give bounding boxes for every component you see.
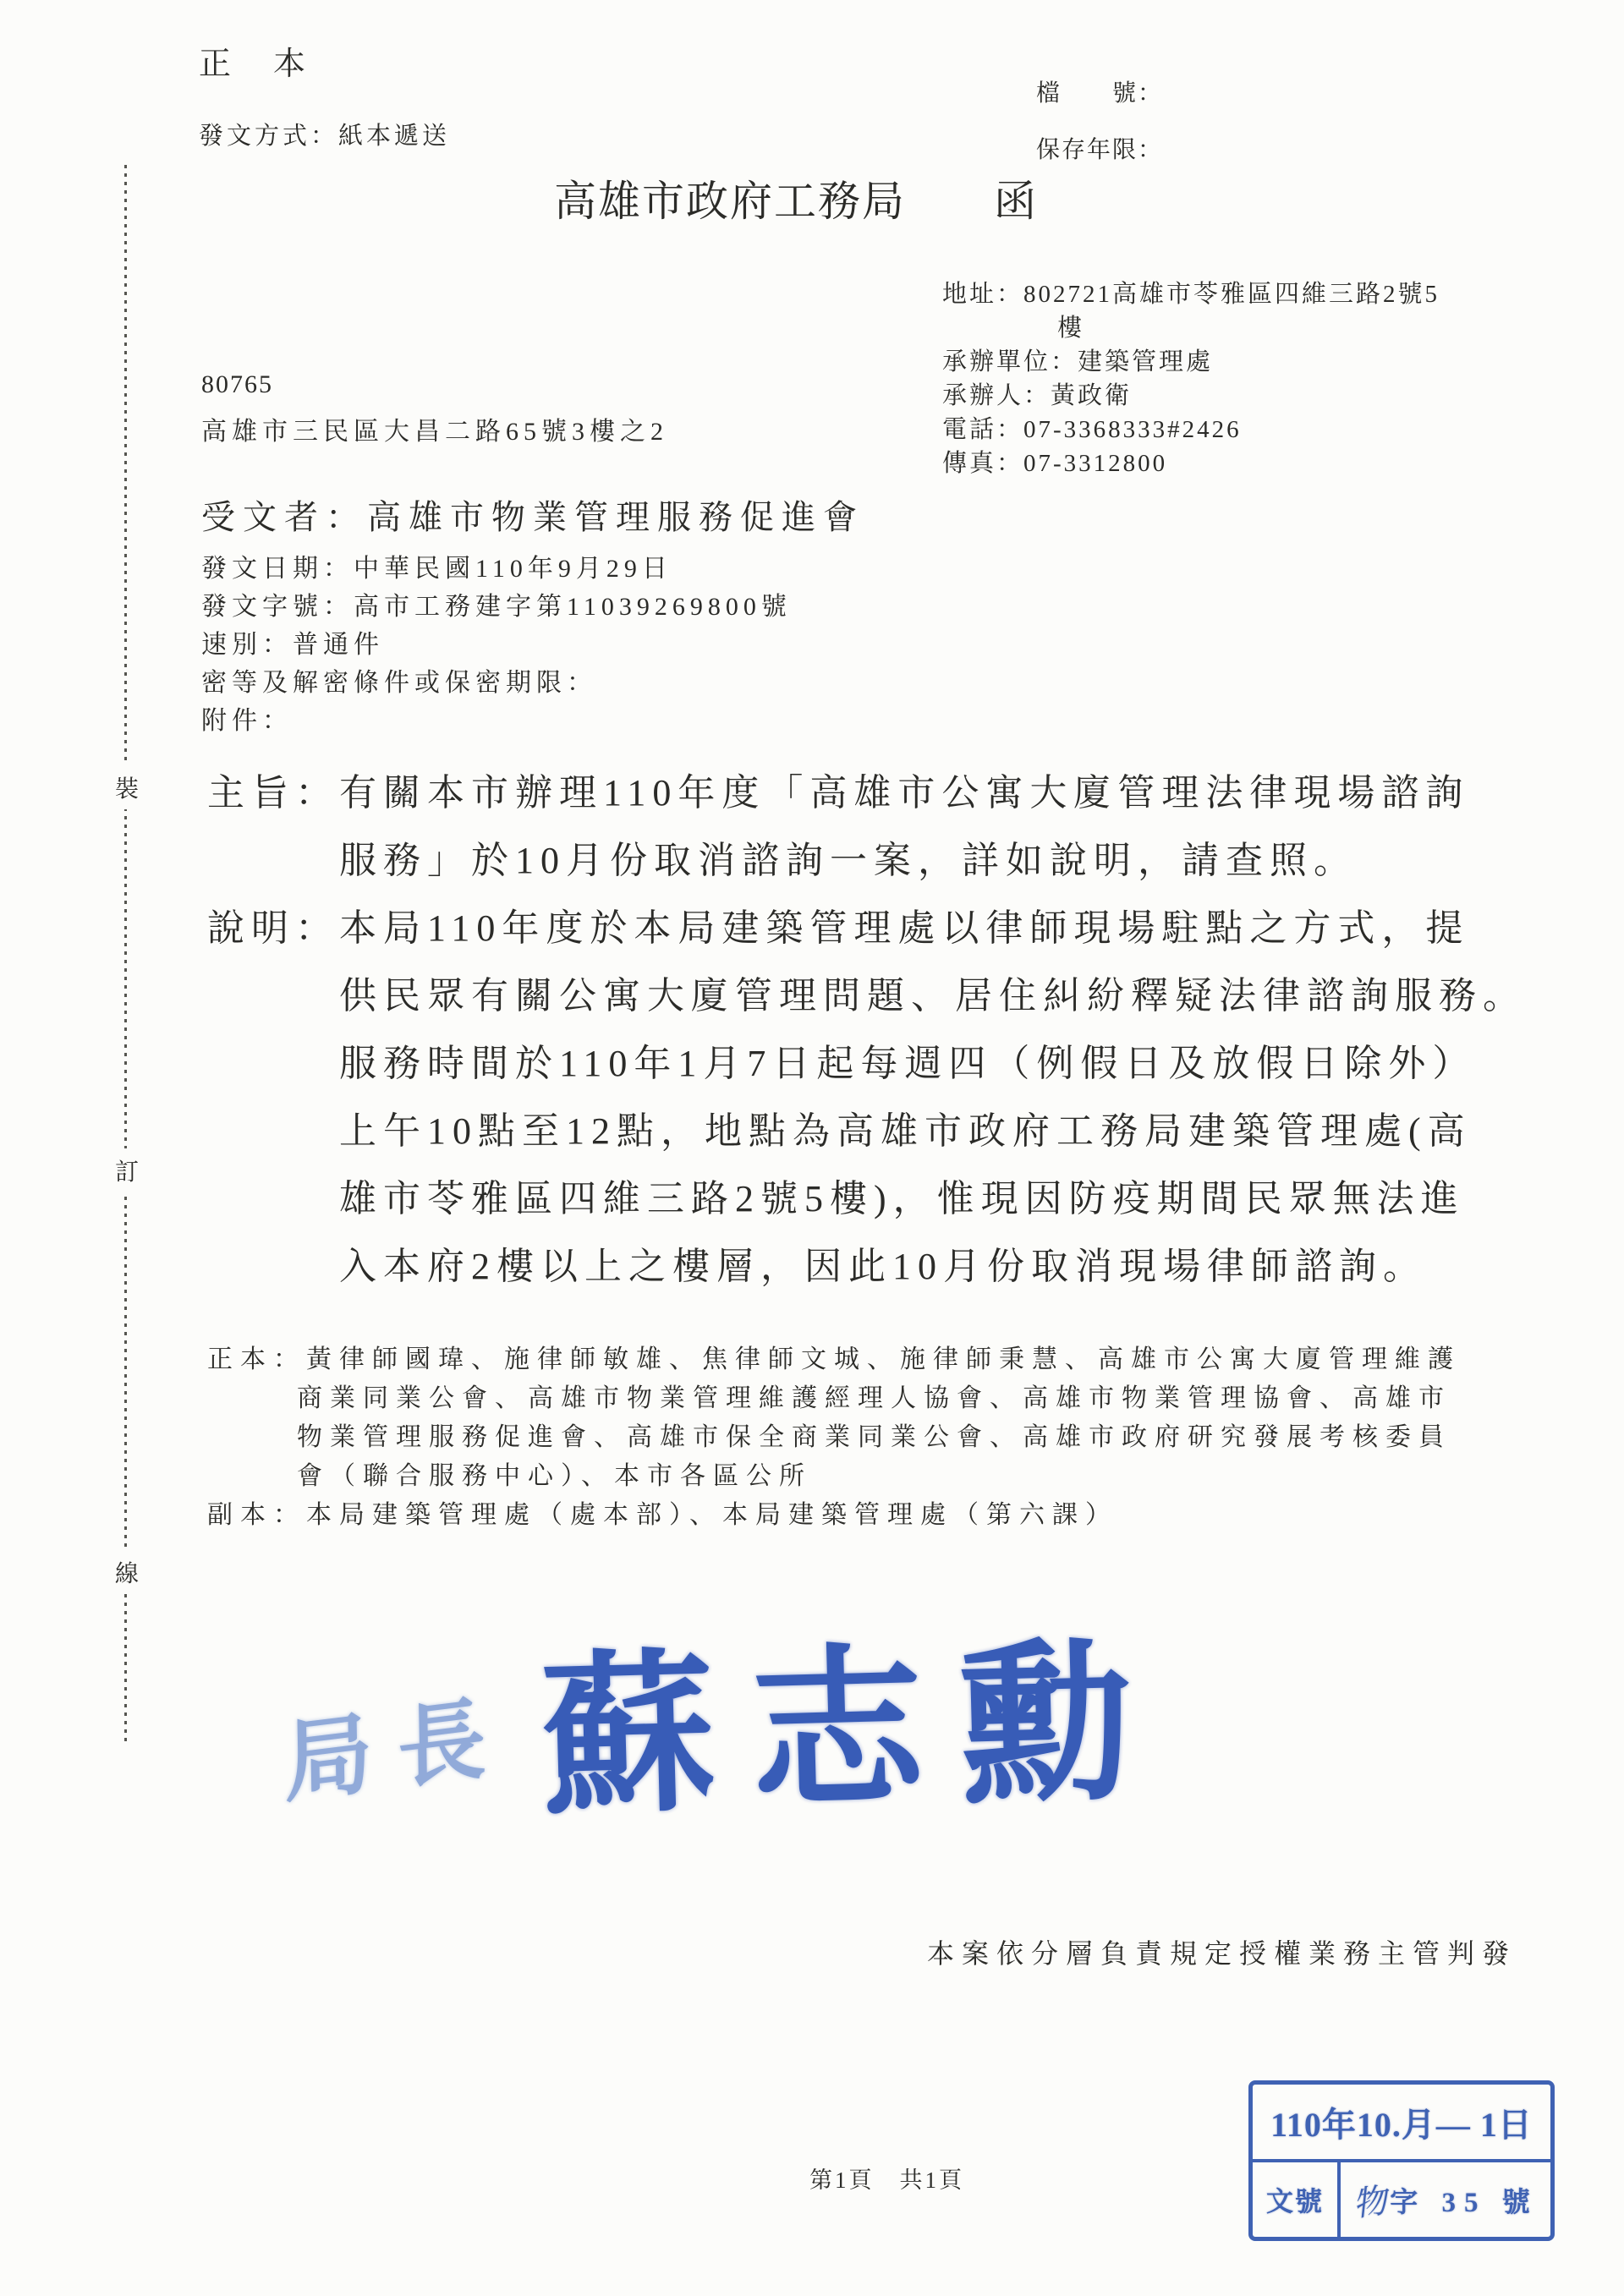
sender-unit: 承辦單位：建築管理處 bbox=[942, 345, 1440, 379]
attachment-label: 附件： bbox=[201, 702, 792, 740]
subject-label: 主旨： bbox=[207, 759, 339, 827]
copy-label: 副本： bbox=[207, 1501, 306, 1529]
original-recipients-line: 物業管理服務促進會、高雄市保全商業同業公會、高雄市政府研究發展考核委員 bbox=[297, 1418, 1461, 1457]
binding-mark-xian: 線 bbox=[113, 1550, 140, 1594]
recipient-zip: 80765 bbox=[201, 370, 273, 399]
binding-mark-zhuang: 裝 bbox=[113, 765, 140, 809]
subject-line: 服務」於10月份取消諮詢一案，詳如說明，請查照。 bbox=[339, 827, 1469, 895]
recipient-line: 受文者：高雄市物業管理服務促進會 bbox=[201, 490, 864, 539]
director-name-signature: 蘇志勳 bbox=[538, 1581, 1171, 1847]
copy-type-label: 正 本 bbox=[199, 37, 310, 84]
explanation-line: 本局110年度於本局建築管理處以律師現場駐點之方式，提 bbox=[339, 895, 1527, 962]
explanation-line: 入本府2樓以上之樓層，因此10月份取消現場律師諮詢。 bbox=[339, 1233, 1527, 1301]
document-title: 高雄市政府工務局 函 bbox=[554, 167, 1038, 228]
official-letter-scan: 裝 訂 線 正 本 發文方式：紙本遞送 檔 號： 保存年限： 高雄市政府工務局 … bbox=[0, 0, 1624, 2296]
explanation-line: 服務時間於110年1月7日起每週四（例假日及放假日除外） bbox=[339, 1030, 1527, 1098]
sender-contact-person: 承辦人：黃政衛 bbox=[942, 379, 1440, 413]
sender-address-line2: 樓 bbox=[942, 311, 1440, 345]
sender-phone: 電話：07-3368333#2426 bbox=[942, 413, 1440, 447]
sender-fax: 傳真：07-3312800 bbox=[942, 447, 1440, 480]
original-label: 正本： bbox=[207, 1345, 306, 1373]
distribution-section: 正本：黃律師國瑋、施律師敏雄、焦律師文城、施律師秉慧、高雄市公寓大廈管理維護 商… bbox=[207, 1340, 1461, 1535]
stamp-doc-no-handwritten: 物 bbox=[1349, 2173, 1390, 2226]
binding-mark-ding: 訂 bbox=[113, 1148, 140, 1192]
copy-recipients-line: 副本：本局建築管理處（處本部）、本局建築管理處（第六課） bbox=[207, 1496, 1461, 1535]
original-recipients-line: 會（聯合服務中心）、本市各區公所 bbox=[297, 1457, 1461, 1496]
stamp-doc-no-value: 物 字 35 號 bbox=[1341, 2162, 1550, 2237]
received-date-stamp: 110年10.月— 1日 文號 物 字 35 號 bbox=[1248, 2080, 1555, 2241]
document-number: 發文字號：高市工務建字第11039269800號 bbox=[201, 588, 792, 626]
subject-section: 主旨： 有關本市辦理110年度「高雄市公寓大廈管理法律現場諮詢 服務」於10月份… bbox=[207, 759, 1469, 895]
sender-info-block: 地址：802721高雄市苓雅區四維三路2號5 樓 承辦單位：建築管理處 承辦人：… bbox=[942, 277, 1440, 480]
page-indicator: 第1頁 共1頁 bbox=[809, 2162, 964, 2195]
delivery-method: 發文方式：紙本遞送 bbox=[199, 117, 450, 151]
original-recipients-line: 正本：黃律師國瑋、施律師敏雄、焦律師文城、施律師秉慧、高雄市公寓大廈管理維護 bbox=[207, 1340, 1461, 1379]
stamp-date: 110年10.月— 1日 bbox=[1253, 2085, 1550, 2159]
explanation-label: 說明： bbox=[207, 895, 339, 962]
director-title-signature: 局長 bbox=[283, 1664, 513, 1821]
explanation-section: 說明： 本局110年度於本局建築管理處以律師現場駐點之方式，提 供民眾有關公寓大… bbox=[207, 895, 1527, 1301]
stamp-doc-no-label: 文號 bbox=[1253, 2162, 1341, 2237]
security-class: 密等及解密條件或保密期限： bbox=[201, 664, 792, 702]
file-number-label: 檔 號： bbox=[1036, 74, 1163, 108]
original-recipients-line: 商業同業公會、高雄市物業管理維護經理人協會、高雄市物業管理協會、高雄市 bbox=[297, 1379, 1461, 1418]
binding-dotted-line bbox=[124, 165, 127, 1746]
explanation-line: 雄市苓雅區四維三路2號5樓)，惟現因防疫期間民眾無法進 bbox=[339, 1165, 1527, 1233]
recipient-address: 高雄市三民區大昌二路65號3樓之2 bbox=[201, 410, 668, 447]
issue-date: 發文日期：中華民國110年9月29日 bbox=[201, 550, 792, 588]
explanation-line: 上午10點至12點，地點為高雄市政府工務局建築管理處(高 bbox=[339, 1098, 1527, 1165]
sender-address-line1: 地址：802721高雄市苓雅區四維三路2號5 bbox=[942, 277, 1440, 311]
document-meta-block: 發文日期：中華民國110年9月29日 發文字號：高市工務建字第110392698… bbox=[201, 550, 792, 740]
explanation-line: 供民眾有關公寓大廈管理問題、居住糾紛釋疑法律諮詢服務。 bbox=[339, 962, 1527, 1030]
retention-period-label: 保存年限： bbox=[1036, 131, 1163, 165]
speed-class: 速別：普通件 bbox=[201, 626, 792, 664]
subject-line: 有關本市辦理110年度「高雄市公寓大廈管理法律現場諮詢 bbox=[339, 759, 1469, 827]
delegation-note: 本案依分層負責規定授權業務主管判發 bbox=[927, 1932, 1517, 1971]
